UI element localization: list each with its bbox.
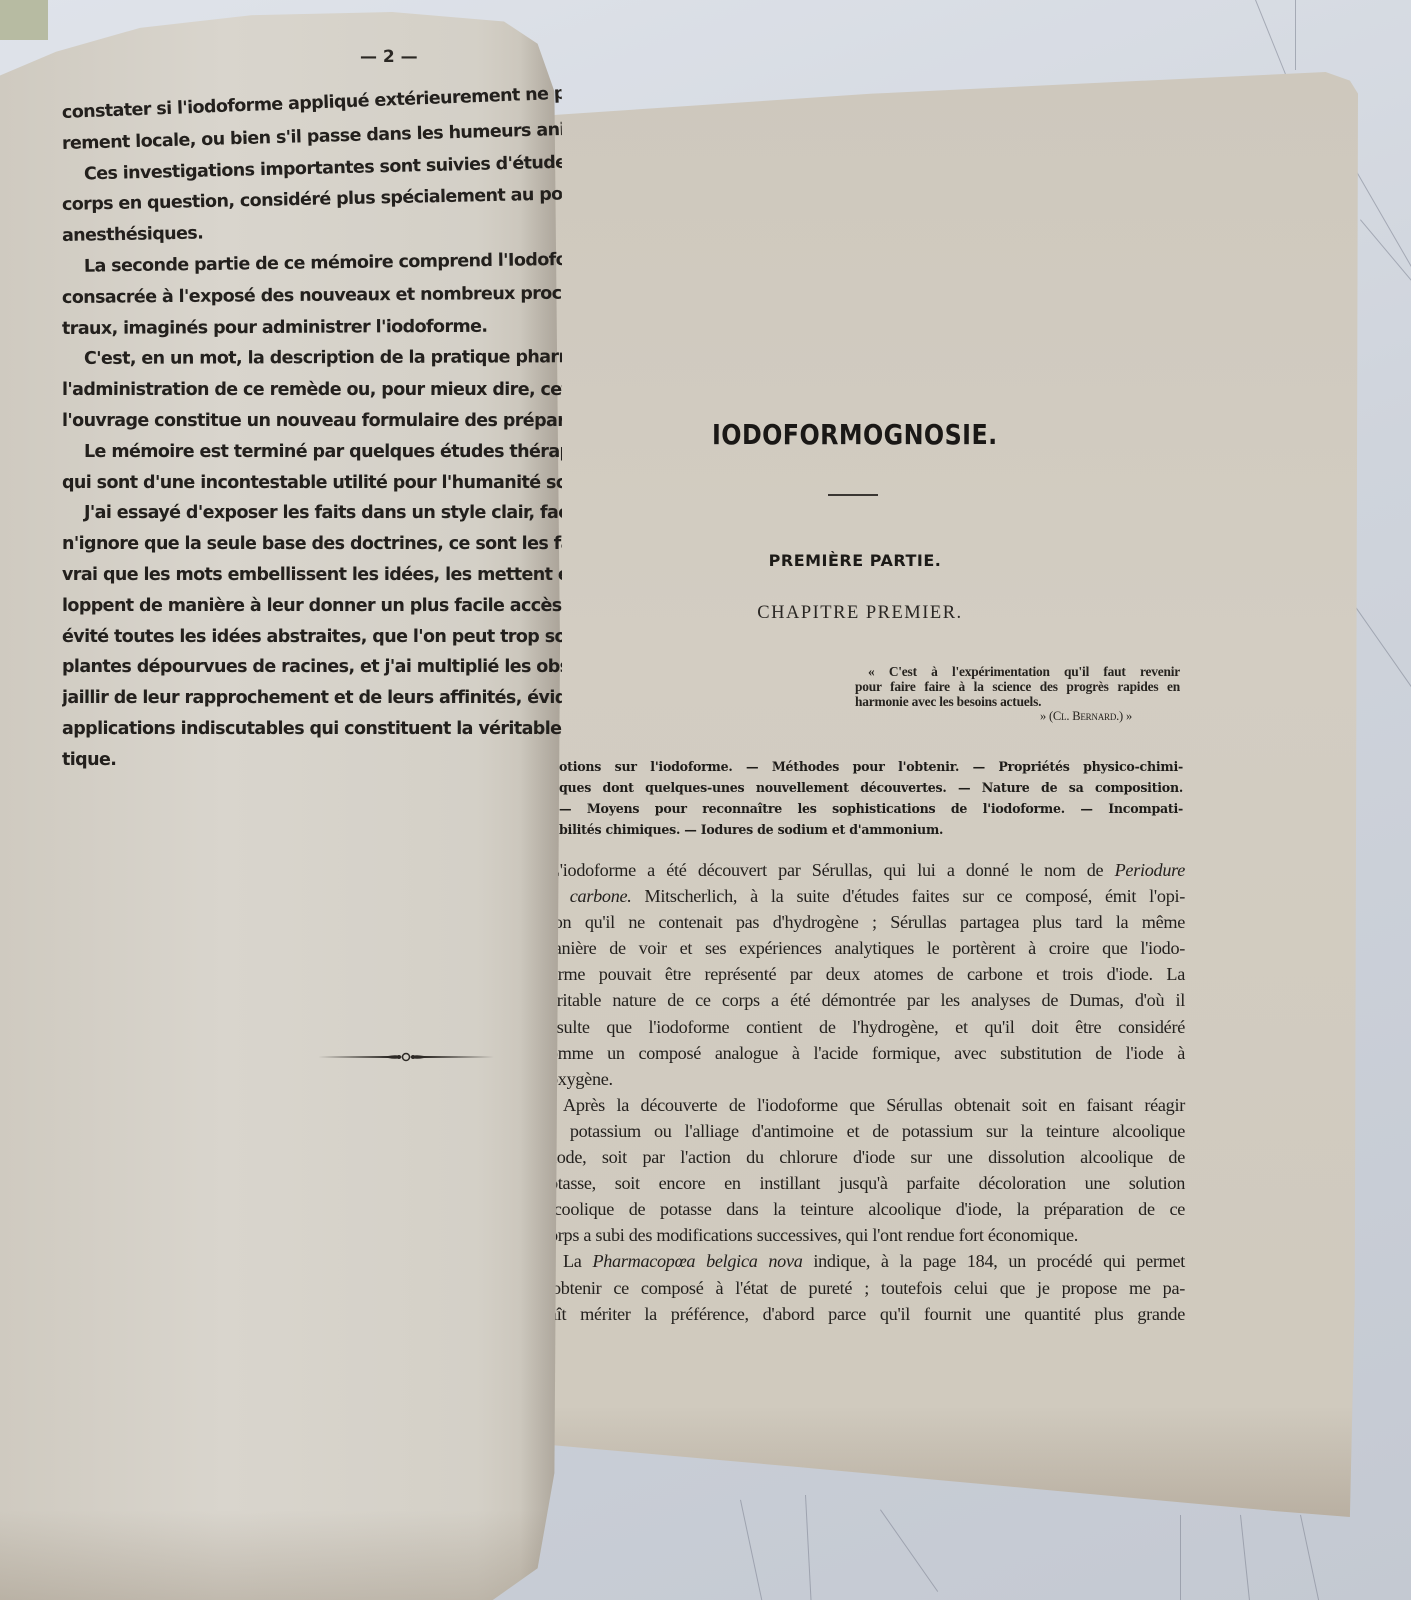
summary-line: ques dont quelques-unes nouvellement déc… — [559, 777, 1183, 798]
page-edge-stain — [0, 1510, 560, 1600]
body-line: La Pharmacopœa belgica nova indique, à l… — [549, 1248, 1185, 1274]
body-line: orme pouvait être représenté par deux at… — [549, 961, 1185, 987]
body-line: évité toutes les idées abstraites, que l… — [62, 622, 562, 653]
body-line: 'obtenir ce composé à l'état de pureté ;… — [549, 1275, 1185, 1301]
epigraph-line: « C'est à l'expérimentation qu'il faut r… — [855, 664, 1180, 679]
body-text: oxygène. — [549, 1069, 613, 1089]
epigraph-line: harmonie avec les besoins actuels. — [855, 694, 1180, 709]
body-text: ésulte que l'iodoforme contient de l'hyd… — [549, 1017, 1185, 1037]
surface-crack — [1295, 0, 1296, 70]
body-text: 'iode, soit par l'action du chlorure d'i… — [549, 1147, 1185, 1167]
body-line: ésulte que l'iodoforme contient de l'hyd… — [549, 1014, 1185, 1040]
body-text: 'obtenir ce composé à l'état de pureté ;… — [549, 1278, 1185, 1298]
body-line: ion qu'il ne contenait pas d'hydrogène ;… — [549, 909, 1185, 935]
body-text: indique, à la page 184, un procédé qui p… — [803, 1251, 1185, 1271]
epigraph-attribution: » (Cl. Bernard.) » — [855, 709, 1180, 724]
body-line: e carbone. Mitscherlich, à la suite d'ét… — [549, 883, 1185, 909]
surface-crack — [1180, 1515, 1181, 1600]
body-line: traux, imaginés pour administrer l'iodof… — [62, 311, 562, 344]
body-line: aît mériter la préférence, d'abord parce… — [549, 1301, 1185, 1327]
body-text: Après la découverte de l'iodoforme que S… — [563, 1095, 1185, 1115]
body-line: vrai que les mots embellissent les idées… — [62, 560, 562, 591]
body-line: Le mémoire est terminé par quelques étud… — [62, 437, 562, 468]
body-text: ion qu'il ne contenait pas d'hydrogène ;… — [549, 912, 1185, 932]
body-line: e potassium ou l'alliage d'antimoine et … — [549, 1118, 1185, 1144]
epigraph: « C'est à l'expérimentation qu'il faut r… — [855, 664, 1180, 724]
body-line: L'iodoforme a été découvert par Sérullas… — [549, 857, 1185, 883]
body-text: ianière de voir et ses expériences analy… — [549, 938, 1185, 958]
body-text: orme pouvait être représenté par deux at… — [549, 964, 1185, 984]
summary-line: — Moyens pour reconnaître les sophistica… — [559, 798, 1183, 819]
body-line: C'est, en un mot, la description de la p… — [62, 343, 562, 376]
part-heading: PREMIÈRE PARTIE. — [760, 551, 950, 570]
italic-title: Pharmacopœa belgica nova — [592, 1251, 802, 1271]
body-line: tique. — [62, 745, 562, 776]
page-number: — 2 — — [360, 47, 418, 67]
body-line: lcoolique de potasse dans la teinture al… — [549, 1196, 1185, 1222]
body-text: éritable nature de ce corps a été démont… — [549, 990, 1185, 1010]
body-text: aît mériter la préférence, d'abord parce… — [549, 1304, 1185, 1324]
body-text: lcoolique de potasse dans la teinture al… — [549, 1199, 1185, 1219]
body-line: orps a subi des modifications successive… — [549, 1222, 1185, 1248]
body-text: L'iodoforme a été découvert par Sérullas… — [549, 860, 1115, 880]
epigraph-line: pour faire faire à la science des progrè… — [855, 679, 1180, 694]
italic-title: e carbone. — [549, 886, 632, 906]
body-text: La — [563, 1251, 592, 1271]
body-text: e potassium ou l'alliage d'antimoine et … — [549, 1121, 1185, 1141]
document-title: IODOFORMOGNOSIE. — [712, 418, 967, 451]
body-line: consacrée à l'exposé des nouveaux et nom… — [62, 278, 562, 313]
body-line: loppent de manière à leur donner un plus… — [62, 591, 562, 622]
ornament-icon — [318, 1052, 494, 1062]
body-line: ianière de voir et ses expériences analy… — [549, 935, 1185, 961]
summary-line: bilités chimiques. — Iodures de sodium e… — [559, 819, 1183, 840]
left-page-body: constater si l'iodoforme appliqué extéri… — [62, 98, 562, 776]
body-line: otasse, soit encore en instillant jusqu'… — [549, 1170, 1185, 1196]
body-line: J'ai essayé d'exposer les faits dans un … — [62, 498, 562, 529]
body-line: La seconde partie de ce mémoire comprend… — [62, 245, 562, 283]
body-line: l'ouvrage constitue un nouveau formulair… — [62, 406, 562, 437]
body-text: otasse, soit encore en instillant jusqu'… — [549, 1173, 1185, 1193]
body-line: éritable nature de ce corps a été démont… — [549, 987, 1185, 1013]
body-line: l'administration de ce remède ou, pour m… — [62, 375, 562, 406]
body-line: qui sont d'une incontestable utilité pou… — [62, 468, 562, 499]
body-line: applications indiscutables qui constitue… — [62, 714, 562, 745]
chapter-heading: CHAPITRE PREMIER. — [710, 603, 1010, 624]
body-text: orps a subi des modifications successive… — [549, 1225, 1078, 1245]
body-line: oxygène. — [549, 1066, 1185, 1092]
body-line: n'ignore que la seule base des doctrines… — [62, 529, 562, 560]
book-cover-edge — [0, 0, 48, 40]
summary-line: otions sur l'iodoforme. — Méthodes pour … — [559, 756, 1183, 777]
right-page-body: L'iodoforme a été découvert par Sérullas… — [549, 857, 1185, 1327]
body-line: Après la découverte de l'iodoforme que S… — [549, 1092, 1185, 1118]
italic-title: Periodure — [1115, 860, 1185, 880]
body-text: Mitscherlich, à la suite d'études faites… — [632, 886, 1185, 906]
chapter-summary: otions sur l'iodoforme. — Méthodes pour … — [559, 756, 1183, 840]
body-text: omme un composé analogue à l'acide formi… — [549, 1043, 1185, 1063]
body-line: jaillir de leur rapprochement et de leur… — [62, 683, 562, 714]
body-line: 'iode, soit par l'action du chlorure d'i… — [549, 1144, 1185, 1170]
body-line: plantes dépourvues de racines, et j'ai m… — [62, 652, 562, 683]
body-line: omme un composé analogue à l'acide formi… — [549, 1040, 1185, 1066]
title-rule — [828, 494, 878, 496]
